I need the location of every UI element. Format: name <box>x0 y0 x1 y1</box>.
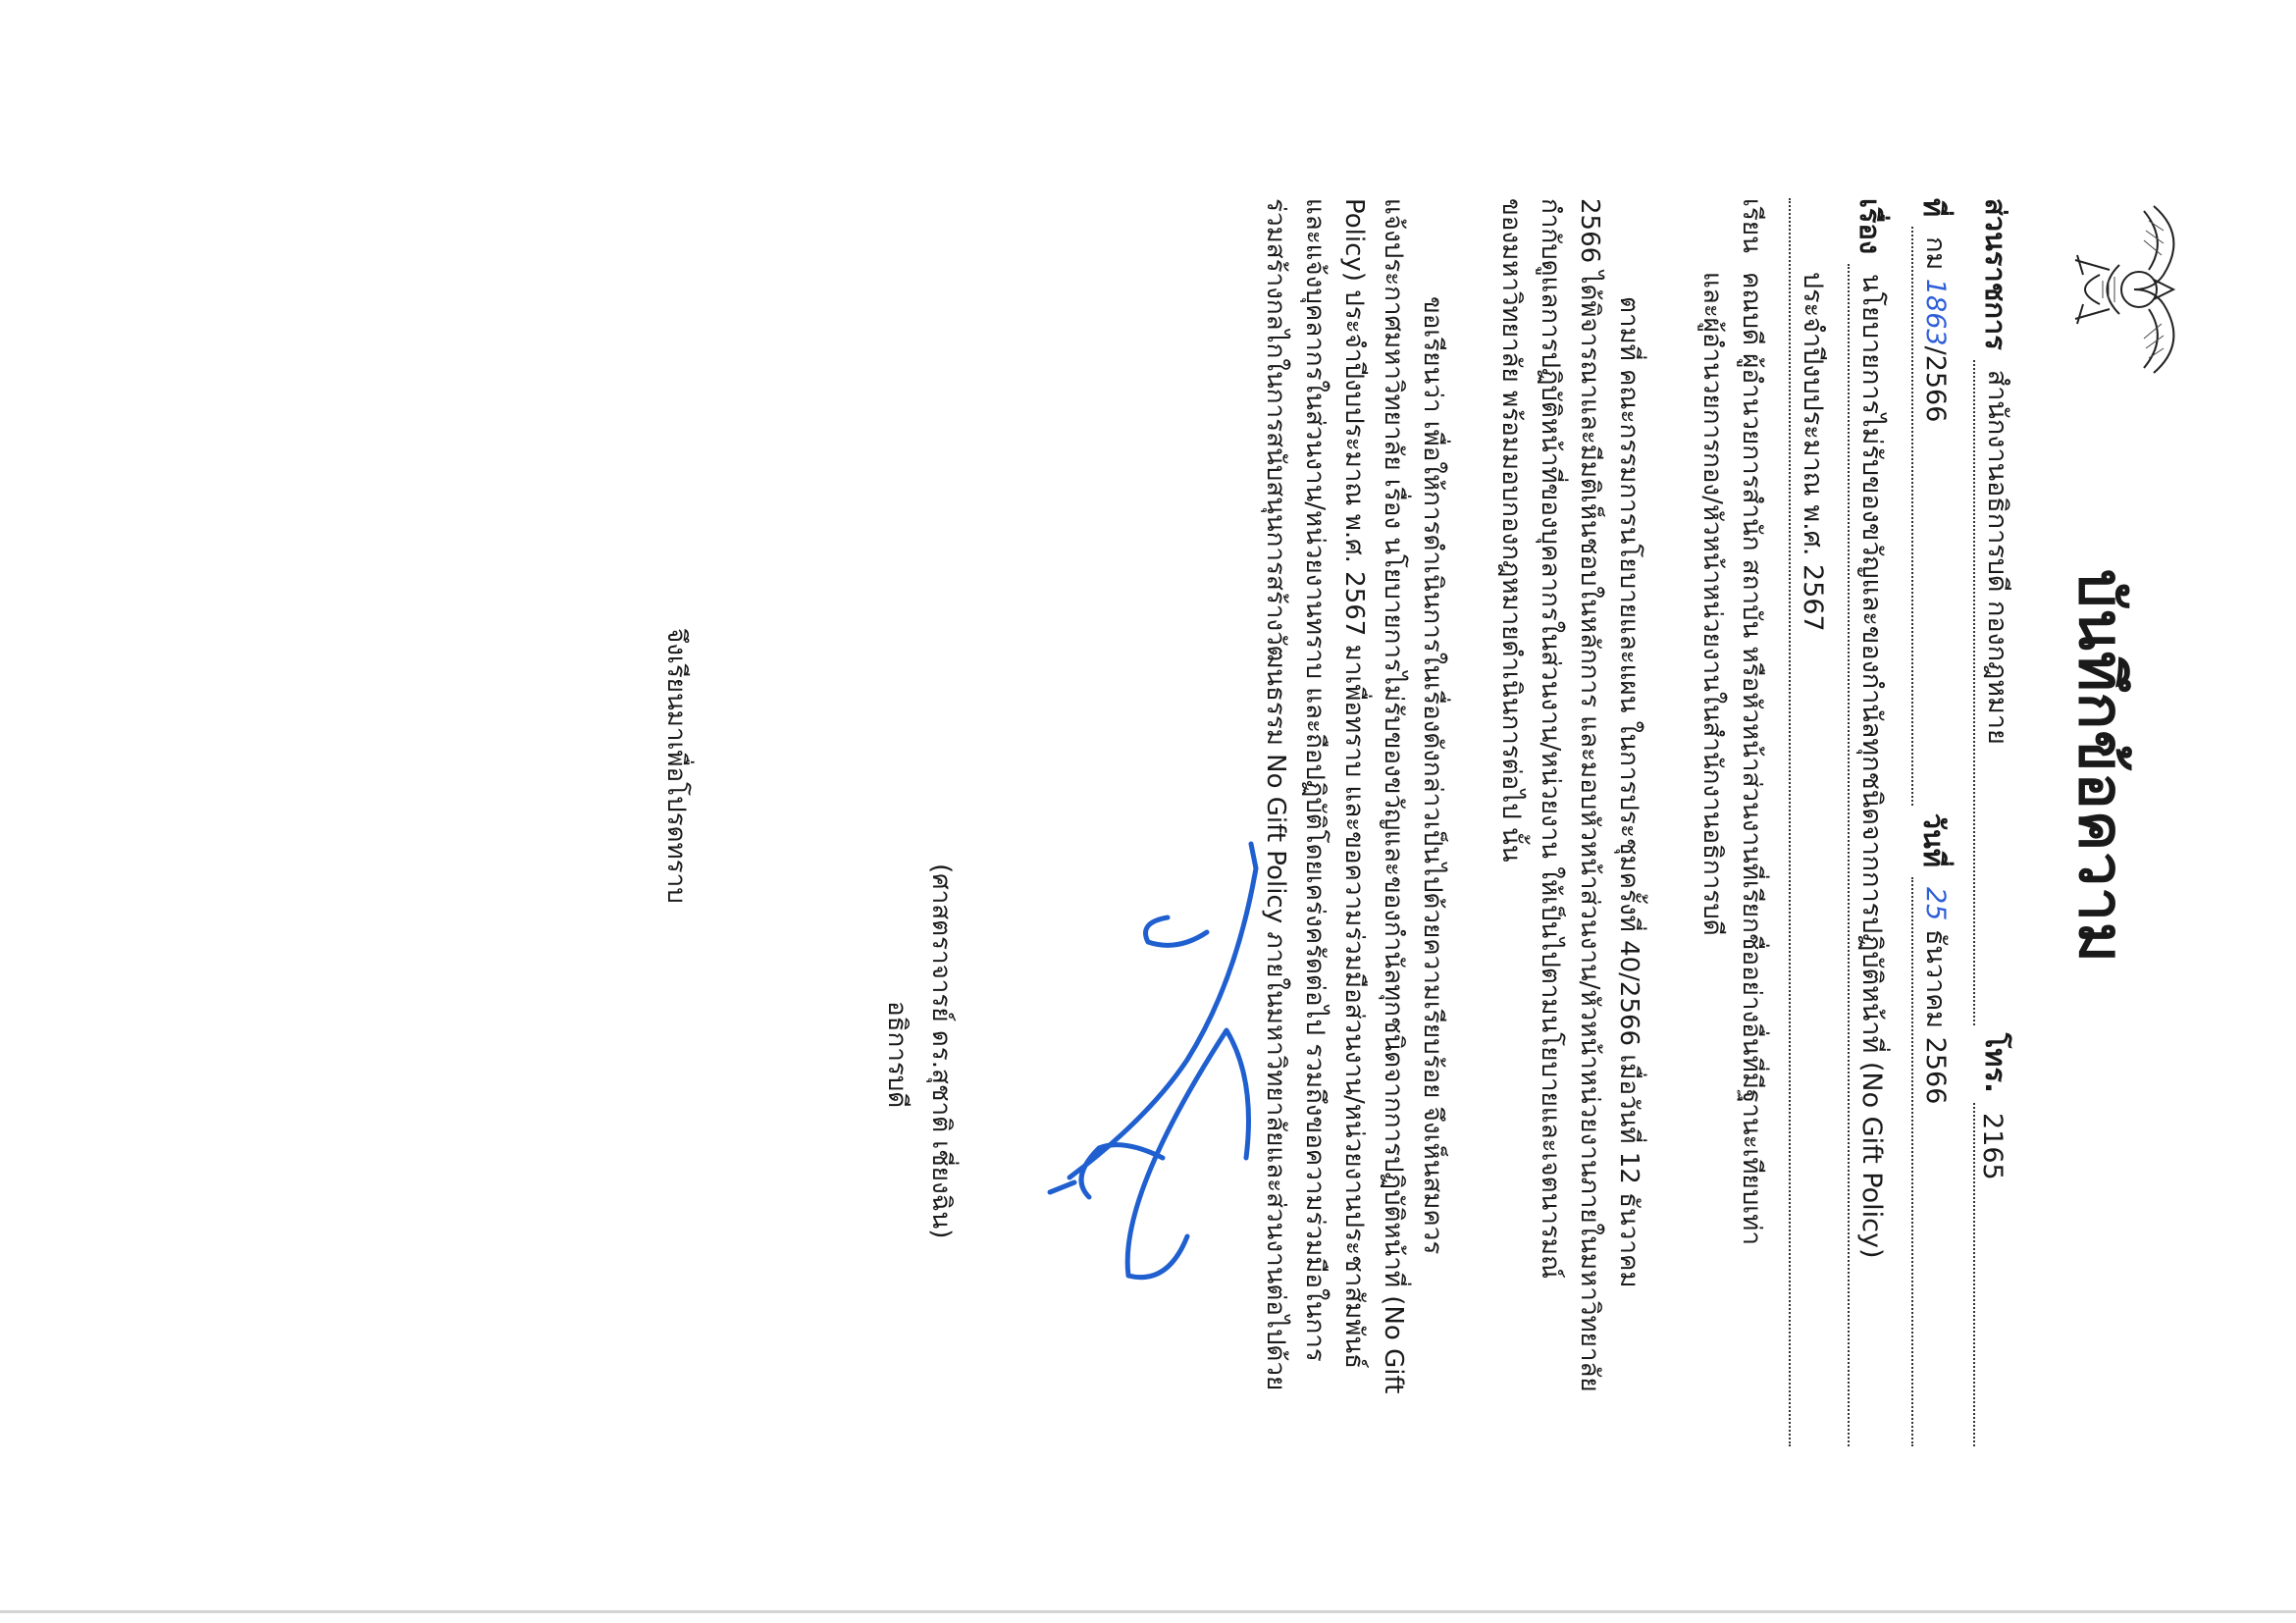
garuda-emblem-icon <box>2065 196 2193 383</box>
date-day-handwritten: 25 <box>1920 887 1951 920</box>
salutation-label: เรียน <box>1732 198 1771 272</box>
salutation-line-1: คณบดี ผู้อำนวยการสำนัก สถาบัน หรือหัวหน้… <box>1737 272 1766 1245</box>
paragraph-line: ตามที่ คณะกรรมการนโยบายและแผน ในการประชุ… <box>1609 198 1648 1446</box>
date-label: วันที่ <box>1911 813 1957 867</box>
date-month-year: ธันวาคม 2566 <box>1920 929 1951 1104</box>
subject-row: เรื่อง นโยบายการไม่รับของขวัญและของกำนัล… <box>1848 198 1894 1446</box>
reference-value: กม 1863/2566 <box>1911 227 1957 806</box>
signer-position: อธิการบดี <box>877 1001 917 1108</box>
paragraph-line: ขอเรียนว่า เพื่อให้การดำเนินการในเรื่องด… <box>1413 198 1452 1446</box>
memorandum-page: บันทึกข้อความ ส่วนราชการ สำนักงานอธิการบ… <box>0 0 2296 1623</box>
paragraph-line: และแจ้งบุคลากรในส่วนงาน/หน่วยงานทราบ และ… <box>1295 198 1334 1446</box>
subject-line-2: ประจำปีงบประมาณ พ.ศ. 2567 <box>1789 198 1835 1446</box>
paragraph-line: Policy) ประจำปีงบประมาณ พ.ศ. 2567 มาเพื่… <box>1334 198 1374 1446</box>
reference-suffix: /2566 <box>1920 346 1951 423</box>
signer-name: (ศาสตราจารย์ ดร.สุชาติ เชี่ยงฉิน) <box>921 864 962 1238</box>
salutation-line-2: และผู้อำนวยการกอง/หัวหน้าหน่วยงานในสำนัก… <box>1693 198 1732 1446</box>
department-value: สำนักงานอธิการบดี กองกฎหมาย <box>1973 360 2019 1025</box>
closing-text: จึงเรียนมาเพื่อโปรดทราบ <box>656 628 697 904</box>
subject-label: เรื่อง <box>1848 198 1893 254</box>
page-title: บันทึกข้อความ <box>2053 569 2149 964</box>
subject-row-2: ประจำปีงบประมาณ พ.ศ. 2567 <box>1789 198 1835 1446</box>
reference-number-handwritten: 1863 <box>1920 279 1951 346</box>
phone-label: โทร. <box>1973 1033 2018 1093</box>
paragraph-1: ตามที่ คณะกรรมการนโยบายและแผน ในการประชุ… <box>1491 198 1648 1446</box>
reference-row: ที่ กม 1863/2566 วันที่ 25 ธันวาคม 2566 <box>1911 198 1957 1446</box>
paragraph-line: แจ้งประกาศมหาวิทยาลัย เรื่อง นโยบายการไม… <box>1374 198 1413 1446</box>
department-row: ส่วนราชการ สำนักงานอธิการบดี กองกฎหมาย โ… <box>1973 198 2019 1446</box>
salutation: เรียนคณบดี ผู้อำนวยการสำนัก สถาบัน หรือห… <box>1693 198 1771 1446</box>
department-label: ส่วนราชการ <box>1973 198 2018 350</box>
subject-line-1: นโยบายการไม่รับของขวัญและของกำนัลทุกชนิด… <box>1848 264 1894 1446</box>
date-value: 25 ธันวาคม 2566 <box>1911 877 1957 1446</box>
phone-value: 2165 <box>1973 1103 2008 1446</box>
paragraph-line: ของมหาวิทยาลัย พร้อมมอบกองกฎหมายดำเนินกา… <box>1491 198 1531 1446</box>
reference-label: ที่ <box>1911 198 1957 217</box>
handwritten-signature-icon <box>1001 824 1295 1315</box>
paragraph-line: 2566 ได้พิจารณาและมีมติเห็นชอบในหลักการ … <box>1570 198 1609 1446</box>
paragraph-line: กำกับดูแลการปฏิบัติหน้าที่ของบุคลากรในส่… <box>1531 198 1570 1446</box>
reference-prefix: กม <box>1920 236 1951 270</box>
